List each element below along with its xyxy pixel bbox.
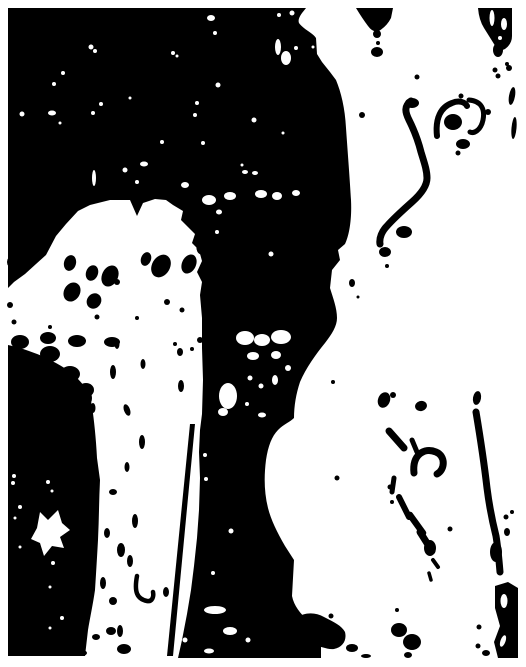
binary-xray-image: [0, 0, 526, 667]
screenshot-canvas: [0, 0, 526, 667]
dark-region-bottom-right: [476, 582, 519, 658]
snake-squiggle: [379, 98, 427, 268]
top-center-blob: [356, 8, 393, 57]
dark-masses: [7, 8, 512, 658]
right-edge-strip: [472, 390, 514, 572]
trochanter-blob-band: [40, 231, 216, 347]
hook-cluster: [437, 94, 491, 156]
scatter-dots-upper-right: [349, 62, 517, 299]
dark-region-top-right-corner: [478, 8, 512, 57]
diagonal-chain: [329, 380, 453, 619]
